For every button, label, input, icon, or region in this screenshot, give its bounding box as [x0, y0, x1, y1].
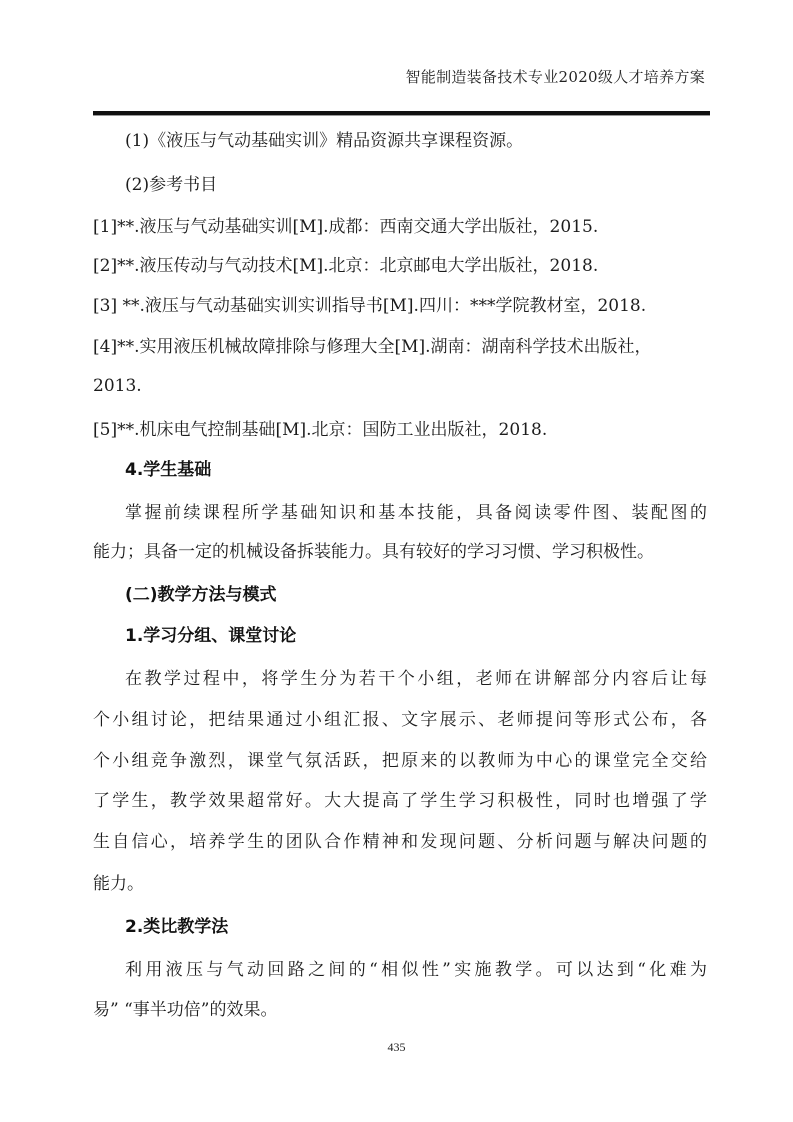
section-heading-group-discussion: 1.学习分组、课堂讨论: [125, 626, 296, 646]
document-page: 智能制造装备技术专业2020级人才培养方案 (1)《液压与气动基础实训》精品资源…: [0, 0, 793, 1122]
paragraph-line: 个小组讨论，把结果通过小组汇报、文字展示、老师提问等形式公布，各: [93, 710, 707, 730]
running-header: 智能制造装备技术专业2020级人才培养方案: [406, 66, 705, 87]
paragraph-line: 生自信心，培养学生的团队合作精神和发现问题、分析问题与解决问题的: [93, 832, 707, 852]
paragraph-line: 利用液压与气动回路之间的“相似性”实施教学。可以达到“化难为: [125, 960, 707, 980]
paragraph-line: 能力；具备一定的机械设备拆装能力。具有较好的学习习惯、学习积极性。: [93, 542, 654, 562]
paragraph-line: 在教学过程中，将学生分为若干个小组，老师在讲解部分内容后让每: [125, 669, 707, 689]
paragraph-line: 能力。: [93, 874, 144, 894]
paragraph-line: 掌握前续课程所学基础知识和基本技能，具备阅读零件图、装配图的: [125, 503, 707, 523]
reference-item-4: [4]**.实用液压机械故障排除与修理大全[M].湖南：湖南科学技术出版社，: [93, 337, 652, 357]
resource-item-2: (2)参考书目: [125, 175, 217, 195]
paragraph-line: 个小组竞争激烈，课堂气氛活跃，把原来的以教师为中心的课堂完全交给: [93, 751, 707, 771]
reference-item-1: [1]**.液压与气动基础实训[M].成都：西南交通大学出版社，2015.: [93, 217, 598, 237]
paragraph-line: 了学生，教学效果超常好。大大提高了学生学习积极性，同时也增强了学: [93, 791, 707, 811]
page-number: 435: [0, 1040, 793, 1055]
section-heading-analogy-teaching: 2.类比教学法: [125, 917, 228, 937]
reference-item-2: [2]**.液压传动与气动技术[M].北京：北京邮电大学出版社，2018.: [93, 256, 598, 276]
resource-item-1: (1)《液压与气动基础实训》精品资源共享课程资源。: [125, 131, 523, 151]
section-heading-student-foundation: 4.学生基础: [125, 460, 211, 480]
reference-item-3: [3] **.液压与气动基础实训实训指导书[M].四川：***学院教材室，201…: [93, 296, 646, 316]
paragraph-line: 易” “事半功倍”的效果。: [93, 1000, 277, 1020]
reference-item-4-continued: 2013.: [93, 376, 142, 396]
reference-item-5: [5]**.机床电气控制基础[M].北京：国防工业出版社，2018.: [93, 420, 547, 440]
part-heading-teaching-methods: (二)教学方法与模式: [125, 585, 277, 605]
header-rule: [93, 111, 710, 116]
